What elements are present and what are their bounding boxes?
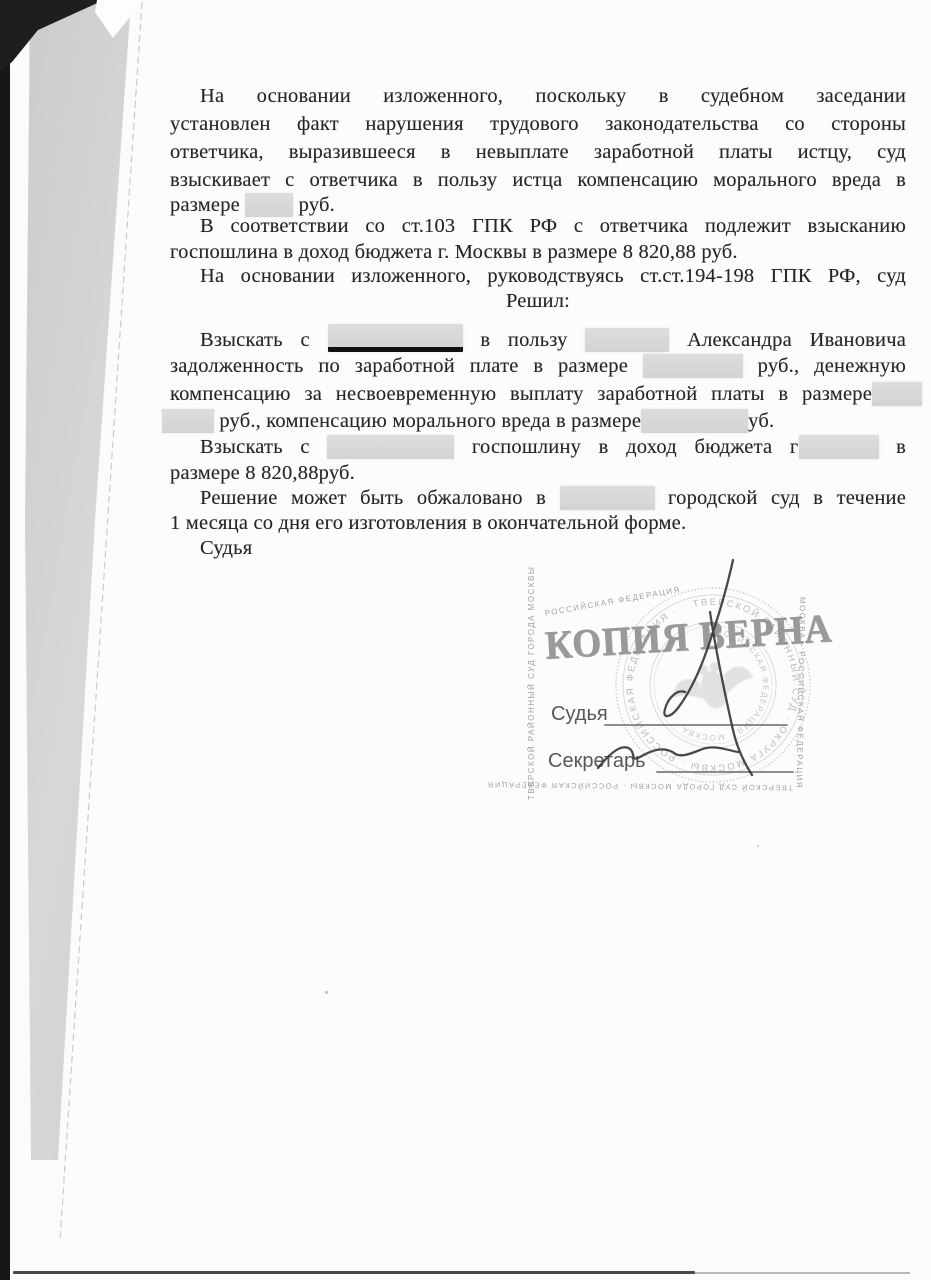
document-text: На основании изложенного, поскольку в су… — [200, 85, 906, 107]
redaction-block — [799, 435, 879, 459]
document-text: На основании изложенного, руководствуясь… — [200, 265, 906, 287]
document-line: Взыскать с в пользу Александра Ивановича — [170, 324, 906, 353]
document-text: Решение может быть обжаловано в — [200, 487, 546, 509]
redaction-block — [872, 382, 922, 406]
scan-bottom-line — [13, 1271, 695, 1274]
document-line: установлен факт нарушения трудового зако… — [170, 110, 906, 139]
redaction-block — [643, 354, 743, 378]
document-text: задолженность по заработной плате в разм… — [170, 355, 628, 377]
document-text: в — [896, 436, 906, 458]
document-text: городской суд в течение — [668, 487, 906, 509]
document-text: госпошлину в доход бюджета г — [472, 436, 799, 458]
document-text: Александра Ивановича — [687, 329, 906, 351]
document-text: уб. — [748, 410, 774, 432]
document-text: госпошлина в доход бюджета г. Москвы в р… — [170, 241, 738, 263]
document-line: задолженность по заработной плате в разм… — [170, 352, 906, 381]
document-text: Судья — [200, 537, 252, 559]
document-text: руб., денежную — [758, 355, 906, 377]
redaction-block — [328, 324, 463, 352]
dust-speck — [757, 845, 759, 847]
document-text: в пользу — [480, 329, 567, 351]
document-text: 1 месяца со дня его изготовления в оконч… — [170, 512, 686, 534]
document-text: В соответствии со ст.103 ГПК РФ с ответч… — [200, 215, 906, 237]
document-line: руб., компенсацию морального вреда в раз… — [170, 407, 906, 436]
document-line: На основании изложенного, поскольку в су… — [170, 82, 906, 111]
judge-signature — [664, 560, 733, 716]
scanned-document-page: На основании изложенного, поскольку в су… — [0, 0, 931, 1280]
document-text: Взыскать с — [200, 329, 310, 351]
document-text: размере 8 820,88руб. — [170, 462, 355, 484]
document-text: ответчика, выразившееся в невыплате зара… — [170, 141, 906, 163]
redaction-block — [560, 486, 655, 510]
redaction-block — [585, 328, 669, 352]
document-line: ответчика, выразившееся в невыплате зара… — [170, 138, 906, 167]
document-text: взыскивает с ответчика в пользу истца ко… — [170, 169, 906, 191]
scanner-edge-strip — [0, 0, 10, 1280]
secretary-signature — [598, 747, 738, 768]
document-line: В соответствии со ст.103 ГПК РФ с ответч… — [170, 212, 906, 241]
redaction-block — [327, 435, 454, 459]
document-line: Решил: — [170, 287, 906, 316]
document-text: Взыскать с — [200, 436, 310, 458]
document-line: компенсацию за несвоевременную выплату з… — [170, 380, 906, 409]
document-line: Взыскать с госпошлину в доход бюджета г … — [170, 433, 906, 462]
document-text: компенсацию за несвоевременную выплату з… — [170, 383, 872, 405]
document-text: Решил: — [506, 290, 570, 312]
handwritten-signatures — [500, 540, 840, 822]
document-text: установлен факт нарушения трудового зако… — [170, 113, 906, 135]
scan-bottom-line-faint — [695, 1272, 910, 1274]
document-text: руб., компенсацию морального вреда в раз… — [219, 410, 641, 432]
redaction-block — [641, 409, 748, 433]
dust-speck — [325, 991, 328, 994]
redaction-block — [162, 409, 214, 433]
